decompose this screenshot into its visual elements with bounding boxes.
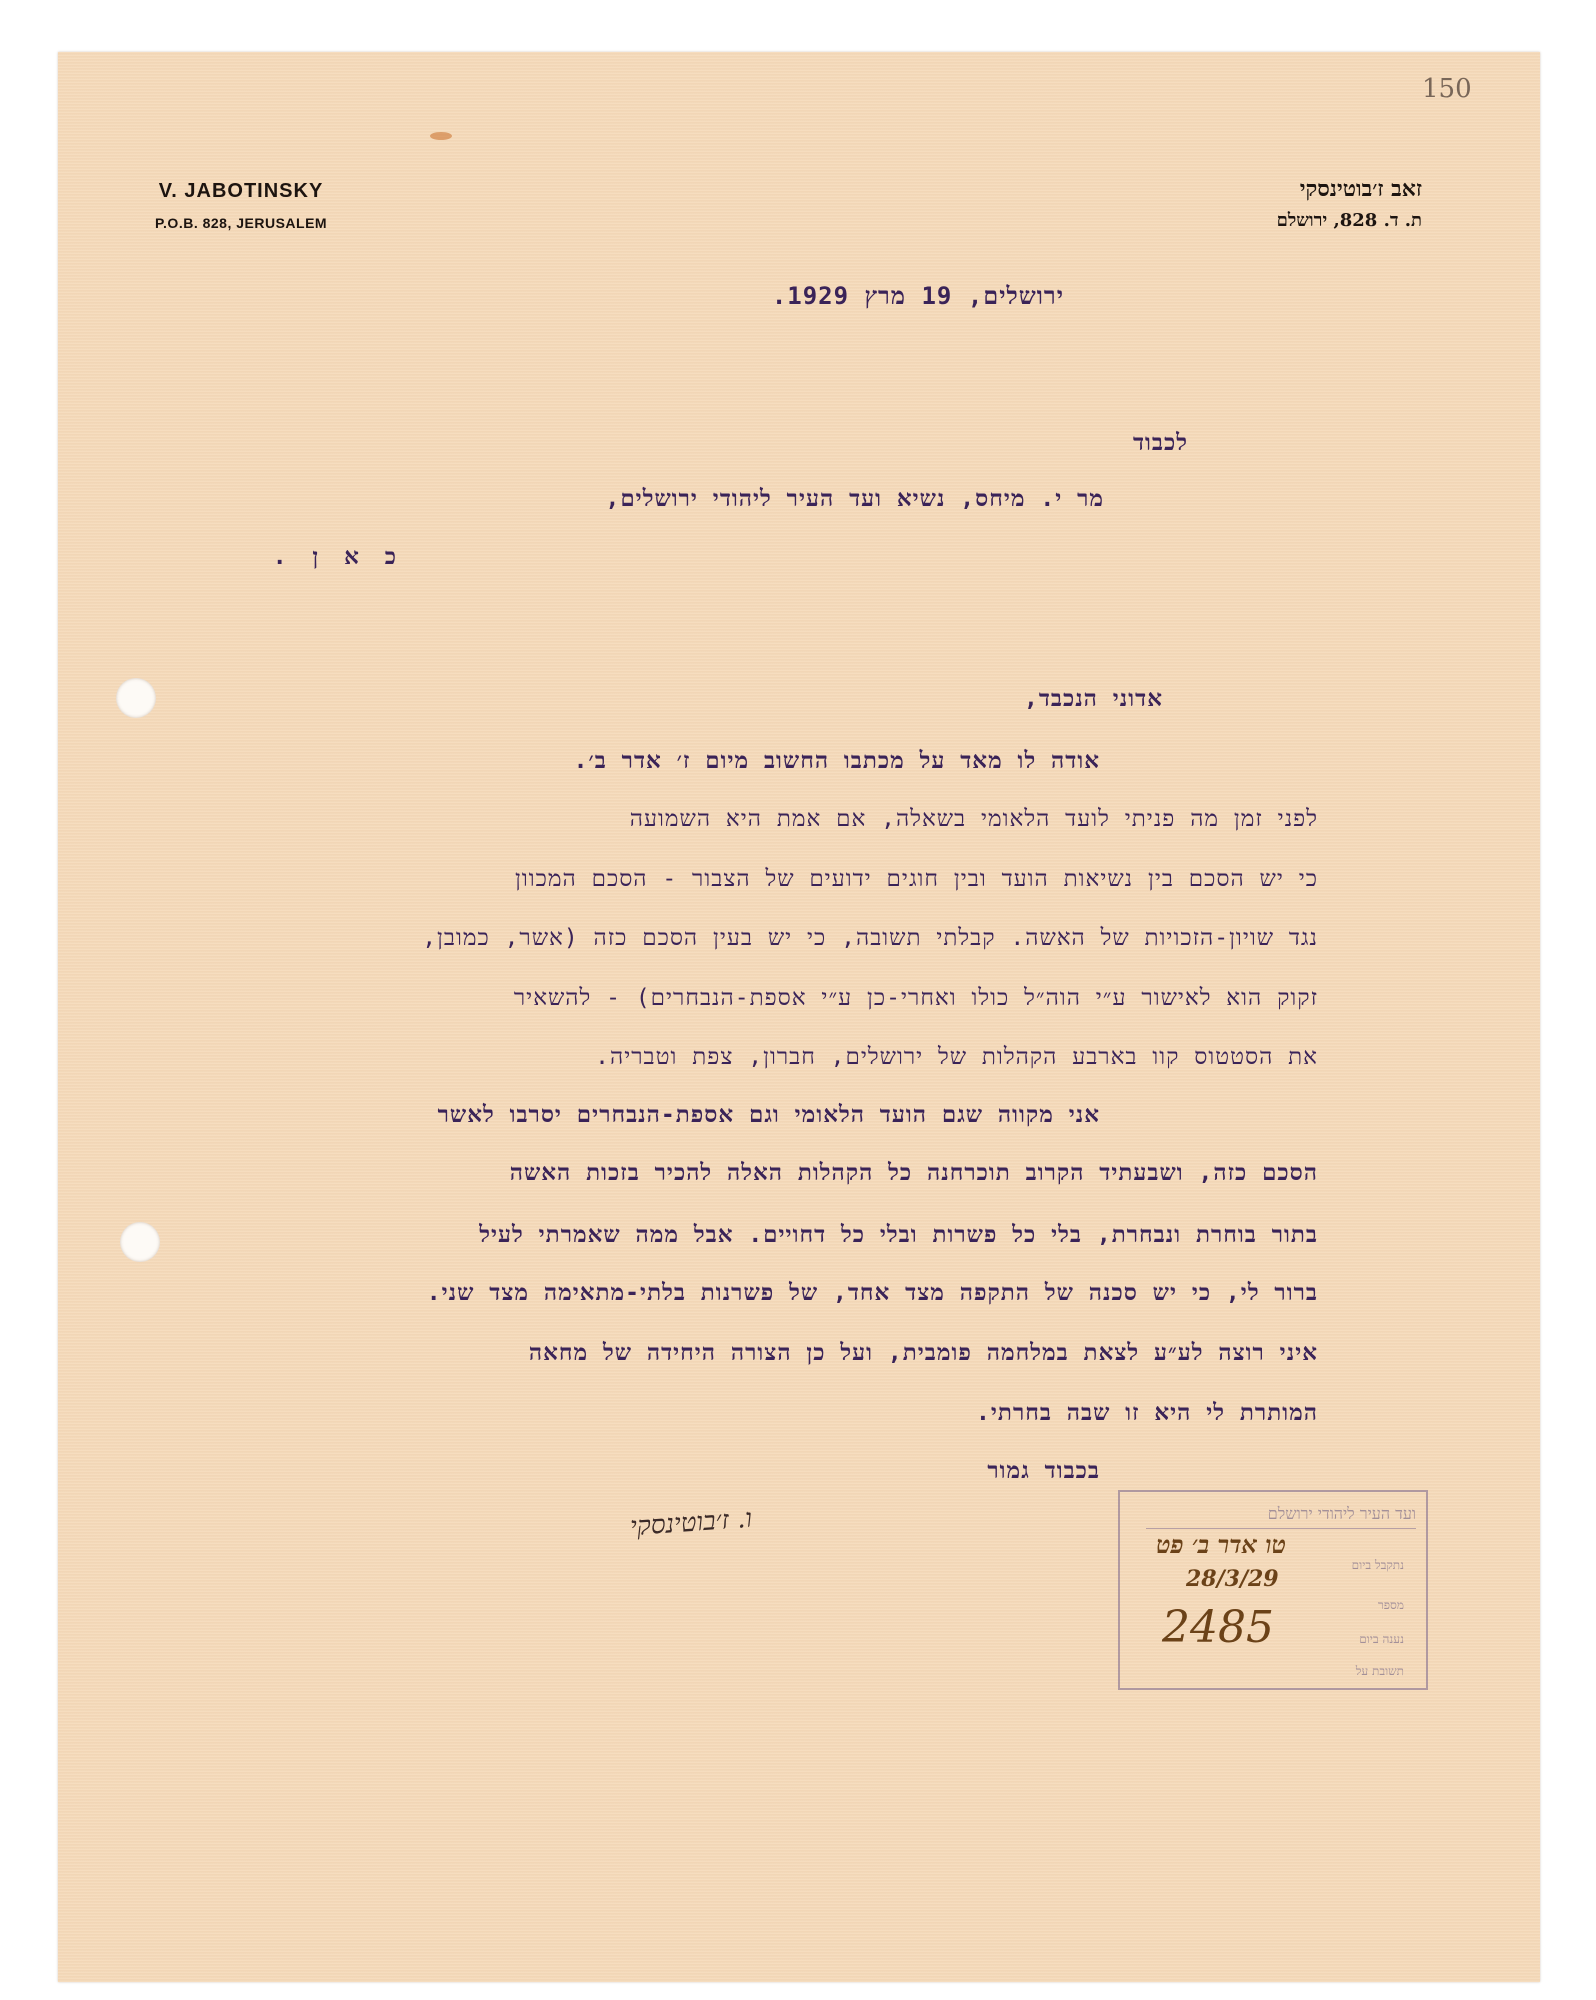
stamp-label: מספר (1378, 1598, 1404, 1613)
letterhead-hebrew-name: זאב ז׳בוטינסקי (1277, 176, 1422, 202)
body-line: המותרת לי היא זו שבה בחרתי. (976, 1400, 1318, 1426)
stamp-header: ועד העיר ליהודי ירושלם (1146, 1504, 1416, 1529)
letterhead-hebrew: זאב ז׳בוטינסקי ת. ד. 828, ירושלם (1277, 176, 1422, 231)
stamp-label: נתקבל ביום (1352, 1558, 1404, 1573)
body-line: נגד שויון-הזכויות של האשה. קבלתי תשובה, … (422, 925, 1318, 951)
body-line: לפני זמן מה פניתי לועד הלאומי בשאלה, אם … (630, 806, 1318, 832)
received-stamp: ועד העיר ליהודי ירושלם נתקבל ביום מספר נ… (1118, 1490, 1428, 1690)
stamp-label: תשובת על (1356, 1664, 1404, 1679)
stamp-handwritten-number: 2485 (1162, 1602, 1274, 1653)
date-line: ירושלים, 19 מרץ 1929. (772, 282, 1064, 311)
letterhead-english-address: P.O.B. 828, JERUSALEM (155, 215, 327, 231)
stamp-handwritten-date: 28/3/29 (1186, 1566, 1279, 1592)
recipient-name: מר י. מיחס, נשיא ועד העיר ליהודי ירושלים… (605, 486, 1104, 512)
body-line: הסכם כזה, ושבעתיד הקרוב תוכרחנה כל הקהלו… (510, 1160, 1318, 1186)
archive-number: 150 (1422, 74, 1472, 104)
greeting: אדוני הנכבד, (1024, 686, 1163, 712)
body-line: כי יש הסכם בין נשיאות הועד ובין חוגים יד… (515, 866, 1318, 892)
letterhead-english-name: V. JABOTINSKY (155, 180, 327, 203)
body-line: את הסטטוס קוו בארבע הקהלות של ירושלים, ח… (595, 1044, 1318, 1070)
ink-stain (430, 132, 452, 140)
recipient-salutation: לכבוד (1133, 430, 1188, 456)
punch-hole-bottom (120, 1222, 160, 1262)
body-line: זקוק הוא לאישור ע״י הוה״ל כולו ואחרי-כן … (514, 985, 1318, 1011)
stamp-handwritten-hebrew-date: טו אדר ב׳ פט (1156, 1530, 1286, 1560)
body-line: אני מקווה שגם הועד הלאומי וגם אספת-הנבחר… (438, 1102, 1100, 1128)
stamp-label: נענה ביום (1359, 1632, 1404, 1647)
body-line: ברור לי, כי יש סכנה של התקפה מצד אחד, של… (427, 1280, 1318, 1306)
letterhead-hebrew-address: ת. ד. 828, ירושלם (1277, 210, 1422, 231)
letterhead-english: V. JABOTINSKY P.O.B. 828, JERUSALEM (155, 180, 327, 231)
letter-paper (58, 52, 1540, 1982)
punch-hole-top (116, 678, 156, 718)
body-line: אודה לו מאד על מכתבו החשוב מיום ז׳ אדר ב… (574, 748, 1100, 774)
closing: בכבוד גמור (987, 1458, 1100, 1484)
body-line: איני רוצה לע״ע לצאת במלחמה פומבית, ועל כ… (529, 1340, 1318, 1366)
body-line: בתור בוחרת ונבחרת, בלי כל פשרות ובלי כל … (479, 1222, 1318, 1248)
recipient-place: כ א ן . (273, 544, 402, 570)
